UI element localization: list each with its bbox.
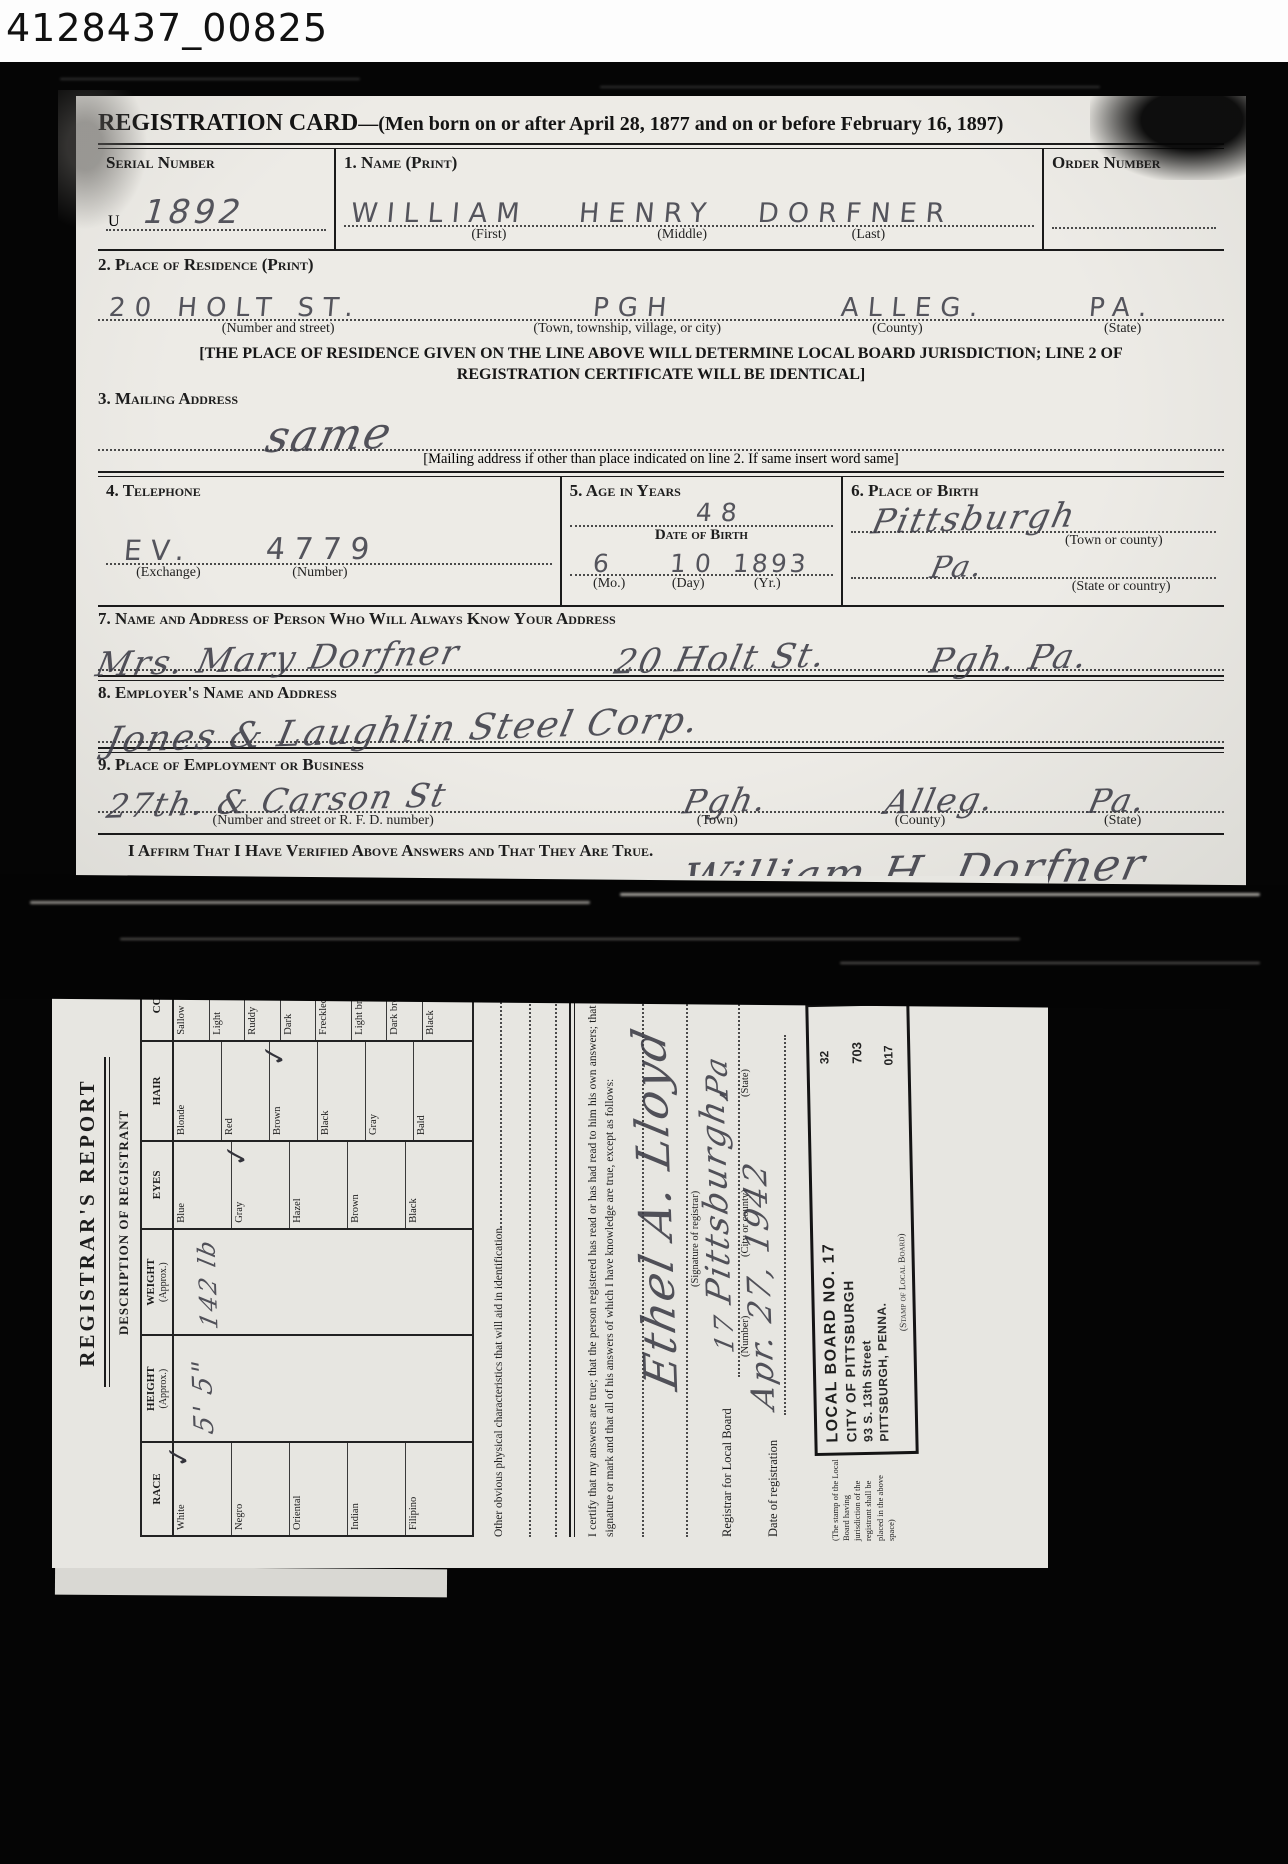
telephone-label: 4. Telephone [106,481,201,500]
telephone-number: 4779 [265,532,380,567]
serial-label: Serial Number [106,153,215,172]
age-label: 5. Age in Years [570,481,681,500]
residence-sub-county: (County) [872,321,923,337]
name-sub-last: (Last) [852,227,885,243]
hair-option: Black✓ [318,1042,366,1140]
stamp-note: (The stamp of the Local Board having jur… [830,1457,896,1541]
scan-streak [840,962,1260,964]
name-sub-middle: (Middle) [657,227,707,243]
checkmark-icon: ✓ [255,1043,293,1068]
stamp-num-3: 017 [882,1045,896,1065]
mailing-value: same [261,408,398,463]
description-table: RACE HEIGHT(Approx.) WEIGHT(Approx.) EYE… [140,908,474,1537]
employment-sub-state: (State) [1104,813,1141,829]
employment-section: 9. Place of Employment or Business 27th.… [98,755,1224,835]
race-option: Oriental✓ [290,1443,348,1535]
telephone-exchange: EV. [122,534,194,567]
blank-line [488,998,502,1228]
dob-month: 6 [592,549,619,578]
name-label: 1. Name (Print) [344,153,457,172]
birthplace-cell: 6. Place of Birth Pittsburgh (Town or co… [841,477,1224,605]
name-cell: 1. Name (Print) WILLIAM HENRY DORFNER (F… [334,149,1042,249]
report-subtitle: DESCRIPTION OF REGISTRANT [116,908,132,1537]
telephone-cell: 4. Telephone EV. 4779 (Exchange) (Number… [98,477,560,605]
registration-card: REGISTRATION CARD—(Men born on or after … [76,96,1246,886]
stamp-num-2: 703 [849,1042,864,1064]
dob-day: 10 [669,549,721,578]
telephone-sub-exchange: (Exchange) [136,565,201,581]
birthplace-sub-state: (State or country) [1072,579,1171,595]
divider [104,1058,110,1388]
contact-city: Pgh. Pa. [926,636,1092,681]
employment-sub-town: (Town) [697,813,738,829]
eyes-column: Blue✓ Gray✓ Hazel✓ Brown✓ Black✓ [173,1141,473,1229]
dob-sub-month: (Mo.) [593,576,625,592]
serial-value: 1892 [138,192,249,231]
residence-sub-state: (State) [1104,321,1141,337]
scan-id-bar: 4128437_00825 [0,0,1288,62]
date-value: Apr. 27, 1942 [736,1158,783,1412]
contact-section: 7. Name and Address of Person Who Will A… [98,609,1224,681]
name-middle: HENRY [577,198,716,229]
age-value: 48 [695,498,747,527]
residence-sub-town: (Town, township, village, or city) [533,321,721,337]
checkmark-icon: ✓ [217,1143,255,1168]
dob-sub-day: (Day) [672,576,705,592]
serial-number-cell: Serial Number U 1892 [98,149,334,249]
local-board-stamp: LOCAL BOARD NO. 17 CITY OF PITTSBURGH 93… [806,1002,919,1456]
height-header: HEIGHT(Approx.) [141,1335,173,1442]
birthplace-sub-town: (Town or county) [1065,533,1163,549]
board-sub-state: (State) [740,1069,751,1097]
race-option: White✓ [174,1443,232,1535]
serial-prefix: U [108,213,120,231]
telephone-sub-number: (Number) [292,565,347,581]
order-number-cell: Order Number [1042,149,1224,249]
residence-section: 2. Place of Residence (Print) 20 HOLT ST… [98,255,1224,385]
mailing-section: 3. Mailing Address same [Mailing address… [98,389,1224,477]
scan-streak [30,901,590,904]
scan-streak [620,893,1260,896]
height-value: 5' 5" [187,1357,221,1437]
registrar-signature: Ethel A. Lloyd [622,1023,688,1395]
residence-state: PA. [1088,293,1157,323]
birthplace-label: 6. Place of Birth [851,481,978,500]
residence-town: PGH [592,293,677,323]
card-title-note: —(Men born on or after April 28, 1877 an… [358,113,1003,135]
report-title: REGISTRAR'S REPORT [75,908,100,1537]
name-last: DORFNER [757,198,955,229]
divider [98,833,1224,835]
paper-edge [55,1567,447,1598]
race-option: Filipino✓ [406,1443,464,1535]
board-state: Pa [700,1052,736,1101]
residence-notice: [THE PLACE OF RESIDENCE GIVEN ON THE LIN… [98,343,1224,385]
scan-id: 4128437_00825 [6,6,328,50]
hair-header: HAIR [141,1041,173,1141]
eyes-option: Gray✓ [232,1142,290,1228]
employer-section: 8. Employer's Name and Address Jones & L… [98,683,1224,753]
board-city: Pittsburgh, [693,1082,740,1307]
eyes-header: EYES [141,1141,173,1229]
scan-streak [600,86,1100,88]
height-column: 5' 5" [173,1335,473,1442]
employment-sub-street: (Number and street or R. F. D. number) [213,813,434,829]
stamp-caption: (Stamp of Local Board) [897,1233,909,1331]
hair-column: Blonde✓ Red✓ Brown✓ Black✓ Gray✓ Bald✓ [173,1041,473,1141]
order-label: Order Number [1052,153,1160,172]
hair-option: Brown✓ [270,1042,318,1140]
scan-streak [60,78,360,80]
race-option: Negro✓ [232,1443,290,1535]
scan-streak [120,938,1020,940]
board-label: Registrar for Local Board [720,1408,735,1537]
employer-label: 8. Employer's Name and Address [98,683,337,702]
residence-street: 20 HOLT ST. [108,293,364,323]
date-label: Date of registration [766,1440,781,1537]
employment-sub-county: (County) [895,813,946,829]
eyes-option: Hazel✓ [290,1142,348,1228]
card-header: REGISTRATION CARD—(Men born on or after … [98,110,1224,137]
weight-header: WEIGHT(Approx.) [141,1229,173,1336]
weight-column: 142 lb [173,1229,473,1336]
contact-label: 7. Name and Address of Person Who Will A… [98,609,616,628]
blank-line [782,1035,786,1415]
contact-street: 20 Holt St. [611,635,831,682]
race-column: White✓ Negro✓ Oriental✓ Indian✓ Filipino… [173,1442,473,1536]
card-title: REGISTRATION CARD [98,110,358,136]
hair-option: Gray✓ [366,1042,414,1140]
dob-year: 1893 [732,549,810,578]
residence-sub-street: (Number and street) [222,321,335,337]
checkmark-icon: ✓ [159,1444,197,1469]
residence-label: 2. Place of Residence (Print) [98,255,313,274]
residence-county: ALLEG. [840,293,988,323]
mailing-label: 3. Mailing Address [98,389,238,408]
age-cell: 5. Age in Years 48 Date of Birth 6 10 18… [560,477,842,605]
eyes-option: Black✓ [406,1142,464,1228]
weight-value: 142 lb [192,1237,223,1332]
hair-option: Blonde✓ [174,1042,222,1140]
eyes-option: Brown✓ [348,1142,406,1228]
hair-option: Bald✓ [414,1042,462,1140]
race-option: Indian✓ [348,1443,406,1535]
name-sub-first: (First) [471,227,506,243]
dob-label: Date of Birth [570,527,834,544]
stamp-num-1: 32 [818,1051,832,1065]
dob-sub-year: (Yr.) [754,576,781,592]
name-first: WILLIAM [350,198,530,229]
